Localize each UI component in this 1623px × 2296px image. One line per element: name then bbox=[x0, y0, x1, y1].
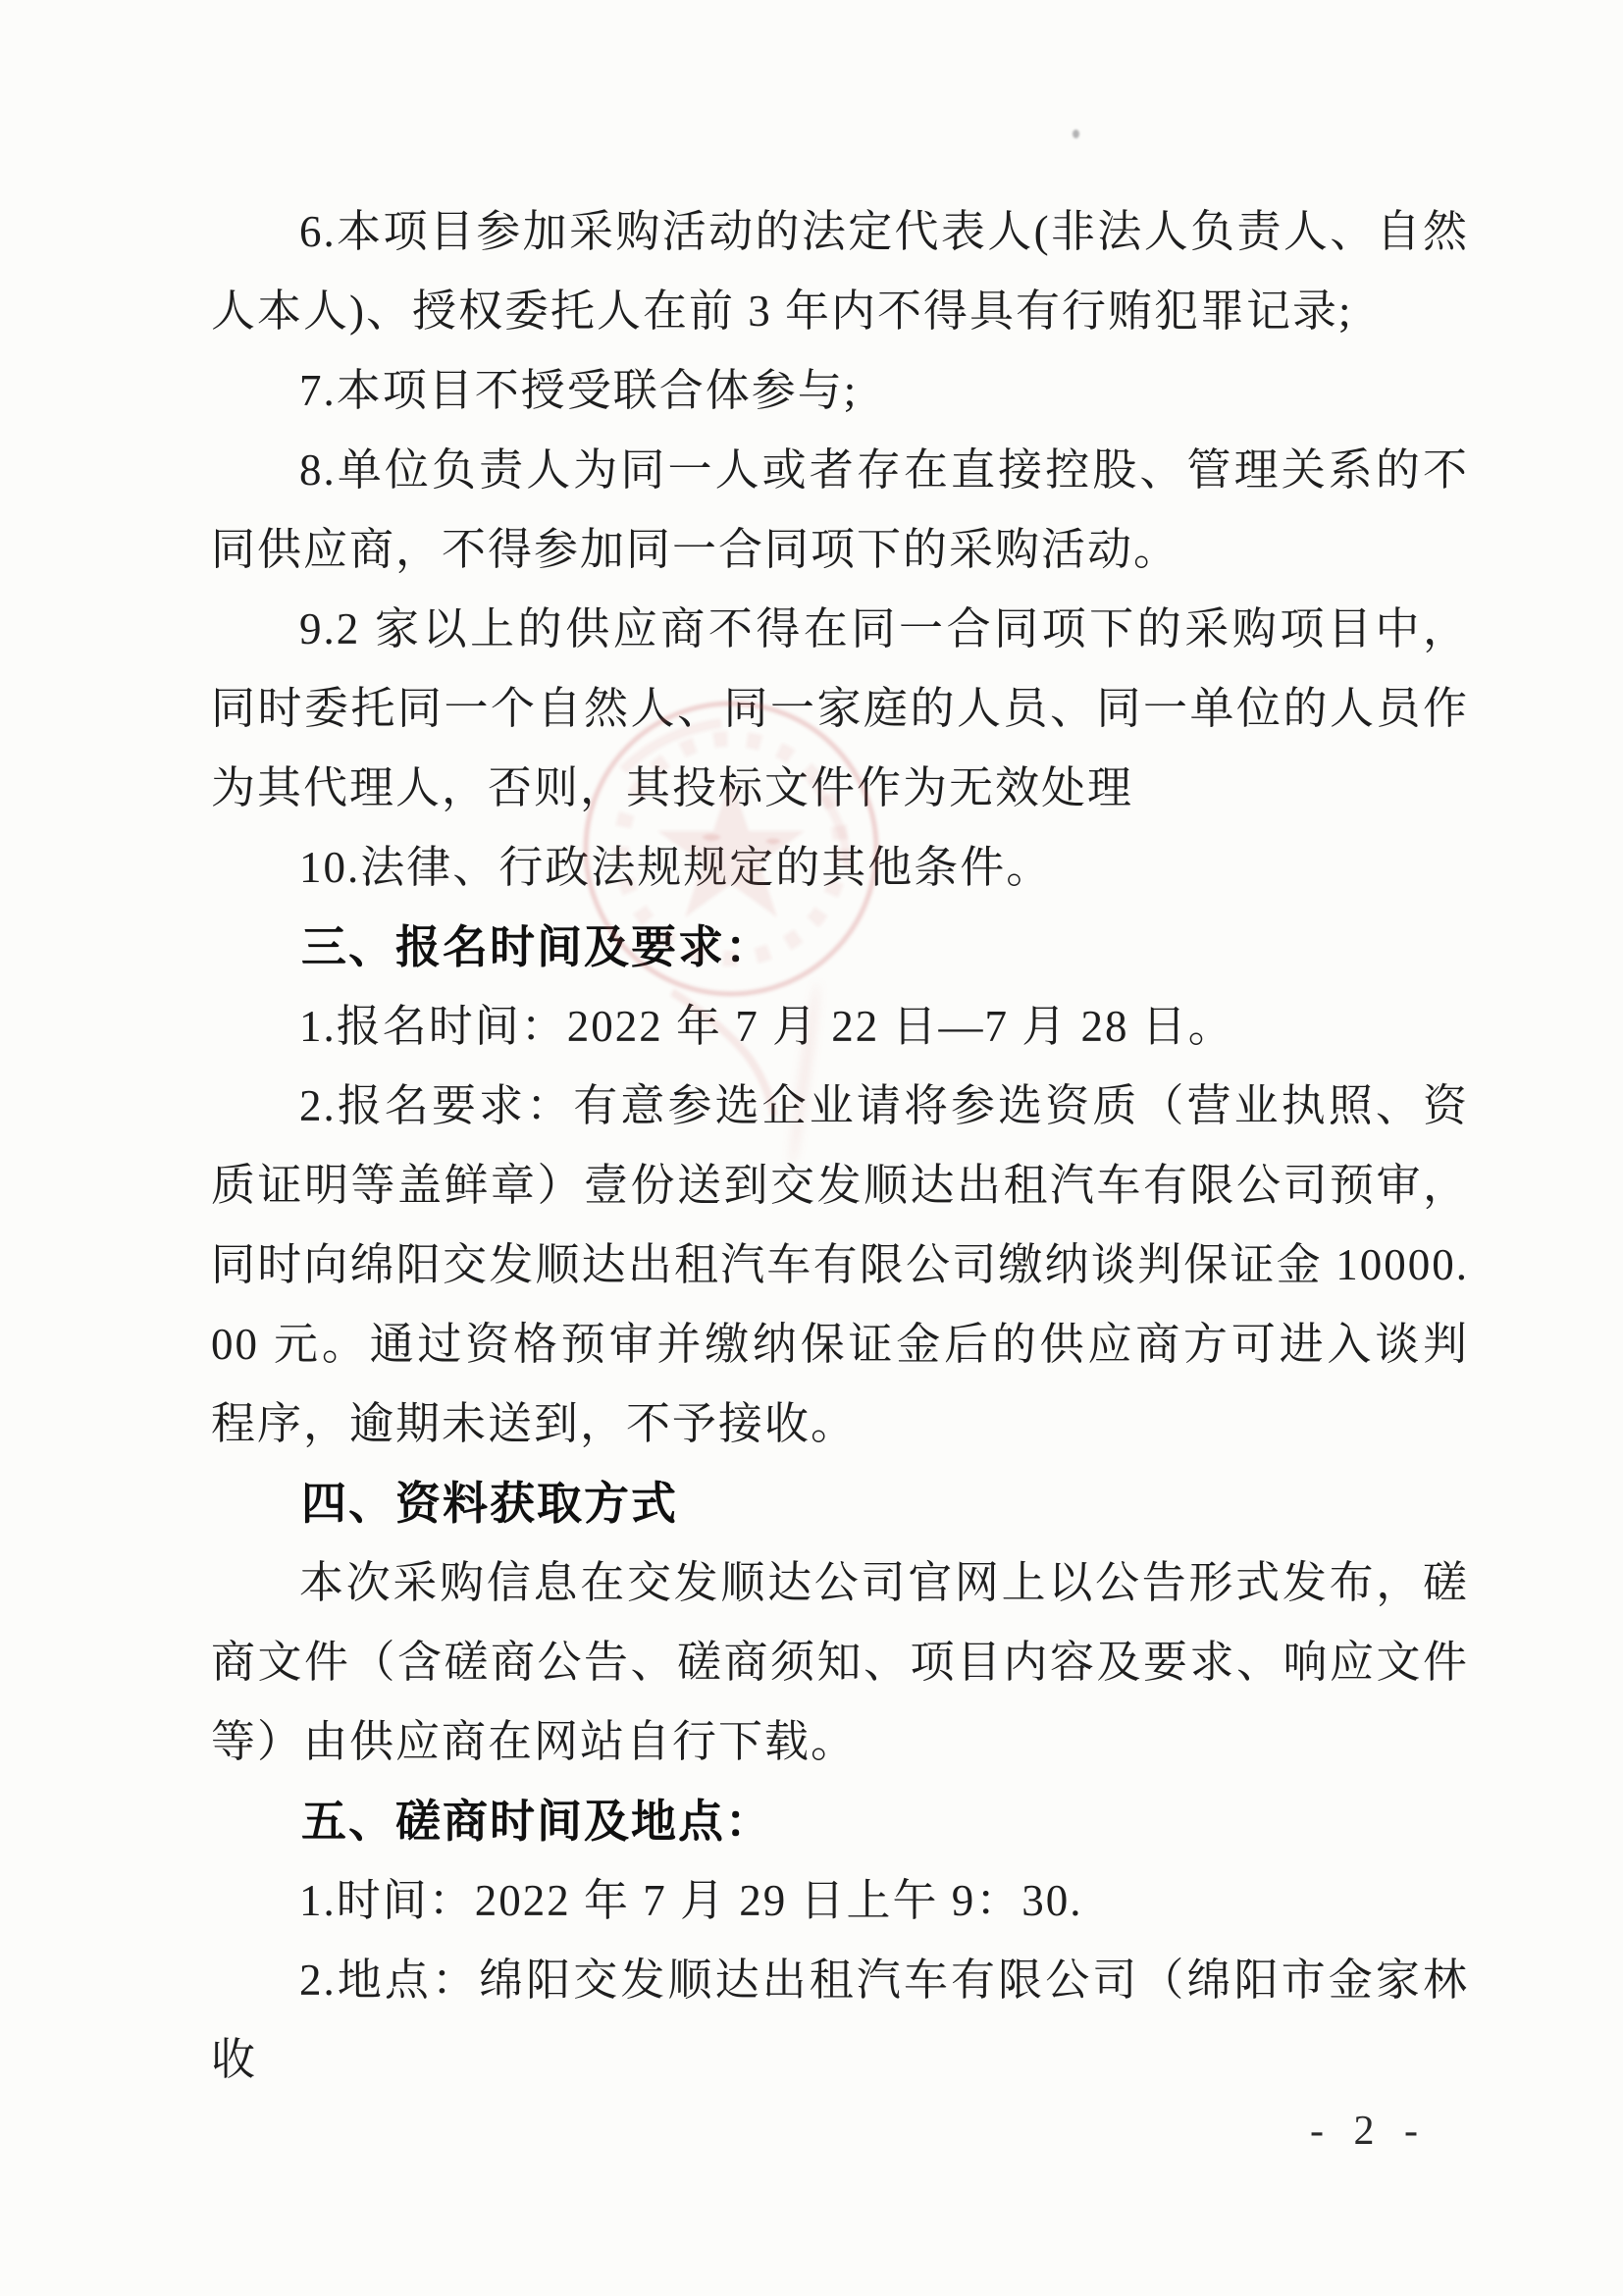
clause-10: 10.法律、行政法规规定的其他条件。 bbox=[211, 828, 1469, 908]
clause-6: 6.本项目参加采购活动的法定代表人(非法人负责人、自然人本人)、授权委托人在前 … bbox=[211, 192, 1469, 351]
negotiation-time: 1.时间：2022 年 7 月 29 日上午 9：30. bbox=[211, 1861, 1469, 1941]
section-heading-negotiation: 五、磋商时间及地点： bbox=[211, 1782, 1469, 1861]
scan-speck bbox=[1073, 130, 1079, 138]
signup-requirements: 2.报名要求：有意参选企业请将参选资质（营业执照、资质证明等盖鲜章）壹份送到交发… bbox=[211, 1067, 1469, 1464]
section-heading-signup: 三、报名时间及要求： bbox=[211, 908, 1469, 987]
page-number: - 2 - bbox=[1276, 2108, 1462, 2155]
clause-8: 8.单位负责人为同一人或者存在直接控股、管理关系的不同供应商，不得参加同一合同项… bbox=[211, 431, 1469, 590]
negotiation-location: 2.地点：绵阳交发顺达出租汽车有限公司（绵阳市金家林收 bbox=[211, 1941, 1469, 2100]
clause-7: 7.本项目不授受联合体参与; bbox=[211, 351, 1469, 431]
document-content: 6.本项目参加采购活动的法定代表人(非法人负责人、自然人本人)、授权委托人在前 … bbox=[211, 192, 1469, 2100]
clause-9: 9.2 家以上的供应商不得在同一合同项下的采购项目中，同时委托同一个自然人、同一… bbox=[211, 590, 1469, 828]
materials-description: 本次采购信息在交发顺达公司官网上以公告形式发布，磋商文件（含磋商公告、磋商须知、… bbox=[211, 1543, 1469, 1782]
signup-time: 1.报名时间：2022 年 7 月 22 日—7 月 28 日。 bbox=[211, 987, 1469, 1067]
document-page: 6.本项目参加采购活动的法定代表人(非法人负责人、自然人本人)、授权委托人在前 … bbox=[0, 0, 1623, 2296]
section-heading-materials: 四、资料获取方式 bbox=[211, 1464, 1469, 1543]
